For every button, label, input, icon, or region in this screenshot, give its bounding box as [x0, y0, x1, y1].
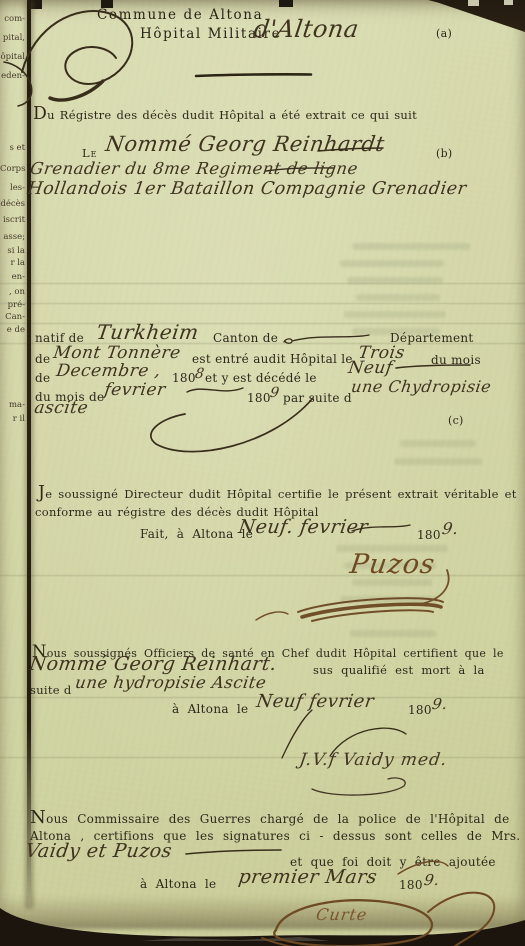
deceased-label: et y est décédé le — [205, 371, 317, 385]
qualifie-label: sus qualifié est mort à la — [313, 663, 485, 677]
canton-label: Canton de — [213, 331, 278, 345]
margin-note: les- — [0, 183, 25, 193]
entry-month: Decembre , — [55, 361, 162, 381]
margin-note: , on — [0, 287, 25, 297]
du-mois-label: du mois — [431, 353, 481, 367]
officers-name: Nommé Georg Reinhart. — [28, 653, 278, 675]
commissaire-year-printed: 180 — [399, 878, 423, 892]
death-day: Neuf — [347, 358, 394, 378]
suite-label: suite d — [30, 683, 72, 697]
printed-le: Le — [82, 146, 97, 160]
commissaire-line1: Nous Commissaire des Guerres chargé de l… — [30, 807, 510, 828]
officers-signature: J.V.f Vaidy med. — [298, 750, 449, 770]
margin-note: asse; — [0, 232, 25, 242]
birthplace: Turkheim — [95, 320, 200, 344]
commissaire-place-label: à Altona le — [140, 877, 216, 891]
scanned-document: com- pital, ôpital eden- s et Corps les-… — [0, 0, 525, 946]
margin-note: si la — [0, 246, 25, 256]
commissaire-date: premier Mars — [237, 866, 379, 888]
year-printed-1: 180 — [172, 371, 196, 385]
margin-note: ma- — [0, 400, 25, 410]
director-year-digit: 9. — [441, 519, 460, 538]
margin-note: e de — [0, 325, 25, 335]
deceased-name: Nommé Georg Reinhardt — [104, 132, 386, 156]
commissaire-signature: Curte — [315, 905, 369, 924]
margin-note: pré- — [0, 300, 25, 310]
director-signature: Puzos — [348, 549, 437, 580]
director-date: Neuf. fevrier — [237, 516, 370, 538]
commune-title: Commune de Altona — [97, 7, 263, 23]
officers-date: Neuf fevrier — [255, 691, 375, 712]
certified-names: Vaidy et Puzos — [24, 840, 174, 862]
ref-a: (a) — [436, 27, 452, 40]
margin-note: com- — [0, 14, 25, 24]
officers-year-printed: 180 — [408, 703, 432, 717]
photo-edge-mark — [30, 0, 42, 9]
cause-line1: une Chydropisie — [350, 377, 493, 396]
margin-note: r il — [0, 414, 25, 424]
year-printed-2: 180 — [247, 391, 271, 405]
commissaire-year-digit: 9. — [423, 871, 441, 889]
margin-note: Corps — [0, 164, 25, 174]
director-line1: Je soussigné Directeur dudit Hôpital cer… — [38, 483, 517, 503]
de-label2: de — [35, 371, 50, 385]
officers-year-digit: 9. — [431, 695, 449, 713]
par-suite-label: par suite d — [283, 391, 352, 405]
entry-label: est entré audit Hôpital le — [192, 352, 353, 366]
photo-edge-tab — [468, 0, 479, 6]
margin-note: r la — [0, 258, 25, 268]
margin-note: iscrit — [0, 215, 25, 225]
unit-line1: Grenadier du 8me Regiment de ligne — [29, 159, 359, 178]
photo-edge-mark — [279, 0, 293, 7]
photo-edge-tab — [504, 0, 513, 5]
margin-note: eden- — [0, 71, 25, 81]
fait-label: Fait, à Altona le — [140, 527, 253, 541]
margin-note: décès — [0, 199, 25, 209]
margin-note: en- — [0, 272, 25, 282]
handwritten-place: d'Altona — [252, 15, 361, 43]
unit-line2: Hollandois 1er Bataillon Compagnie Grena… — [26, 179, 468, 199]
page-fold-line — [27, 0, 31, 908]
margin-note: s et — [0, 143, 25, 153]
extract-intro: Du Régistre des décès dudit Hôpital a ét… — [33, 104, 417, 124]
ref-c: (c) — [448, 414, 464, 427]
death-month: fevrier — [103, 380, 167, 400]
margin-note: ôpital — [0, 52, 25, 62]
director-year-printed: 180 — [417, 528, 441, 542]
margin-note: pital, — [0, 33, 25, 43]
de-label: de — [35, 352, 50, 366]
ref-b: (b) — [436, 147, 453, 160]
margin-note: Can- — [0, 312, 25, 322]
cause-line2: ascite — [33, 398, 90, 418]
officers-place-label: à Altona le — [172, 702, 248, 716]
departement-name: Mont Tonnère — [52, 343, 182, 363]
officers-cause: une hydropisie Ascite — [74, 673, 268, 692]
